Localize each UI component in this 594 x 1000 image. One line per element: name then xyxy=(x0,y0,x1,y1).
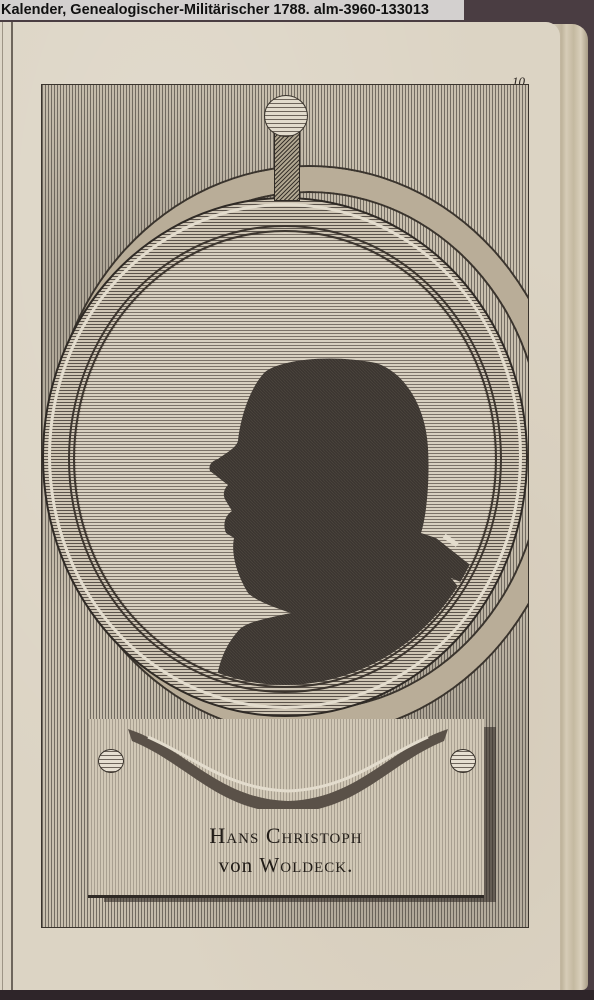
rivet-right-icon xyxy=(450,749,476,773)
caption-given-names: Hans Christoph xyxy=(88,823,484,849)
garland-icon xyxy=(128,729,448,809)
window-title: Kalender, Genealogischer-Militärischer 1… xyxy=(1,2,429,18)
engraved-plate: Hans Christoph von Woldeck. xyxy=(41,84,529,928)
caption-von: von xyxy=(219,853,260,877)
medallion-portrait xyxy=(76,233,494,685)
window-title-bar: Kalender, Genealogischer-Militärischer 1… xyxy=(0,0,465,20)
silhouette-portrait-icon xyxy=(76,233,494,685)
gutter-edge xyxy=(2,22,3,992)
hanger-knob-icon xyxy=(264,95,308,137)
gutter-line xyxy=(11,22,13,992)
bottom-shadow xyxy=(0,990,594,1000)
rivet-left-icon xyxy=(98,749,124,773)
book-page: 10 xyxy=(0,22,560,992)
hanger-stem xyxy=(274,127,300,201)
name-plaque: Hans Christoph von Woldeck. xyxy=(88,719,484,898)
caption-surname-line: von Woldeck. xyxy=(88,853,484,878)
caption-surname: Woldeck. xyxy=(259,853,353,877)
title-bar-background xyxy=(464,0,594,20)
